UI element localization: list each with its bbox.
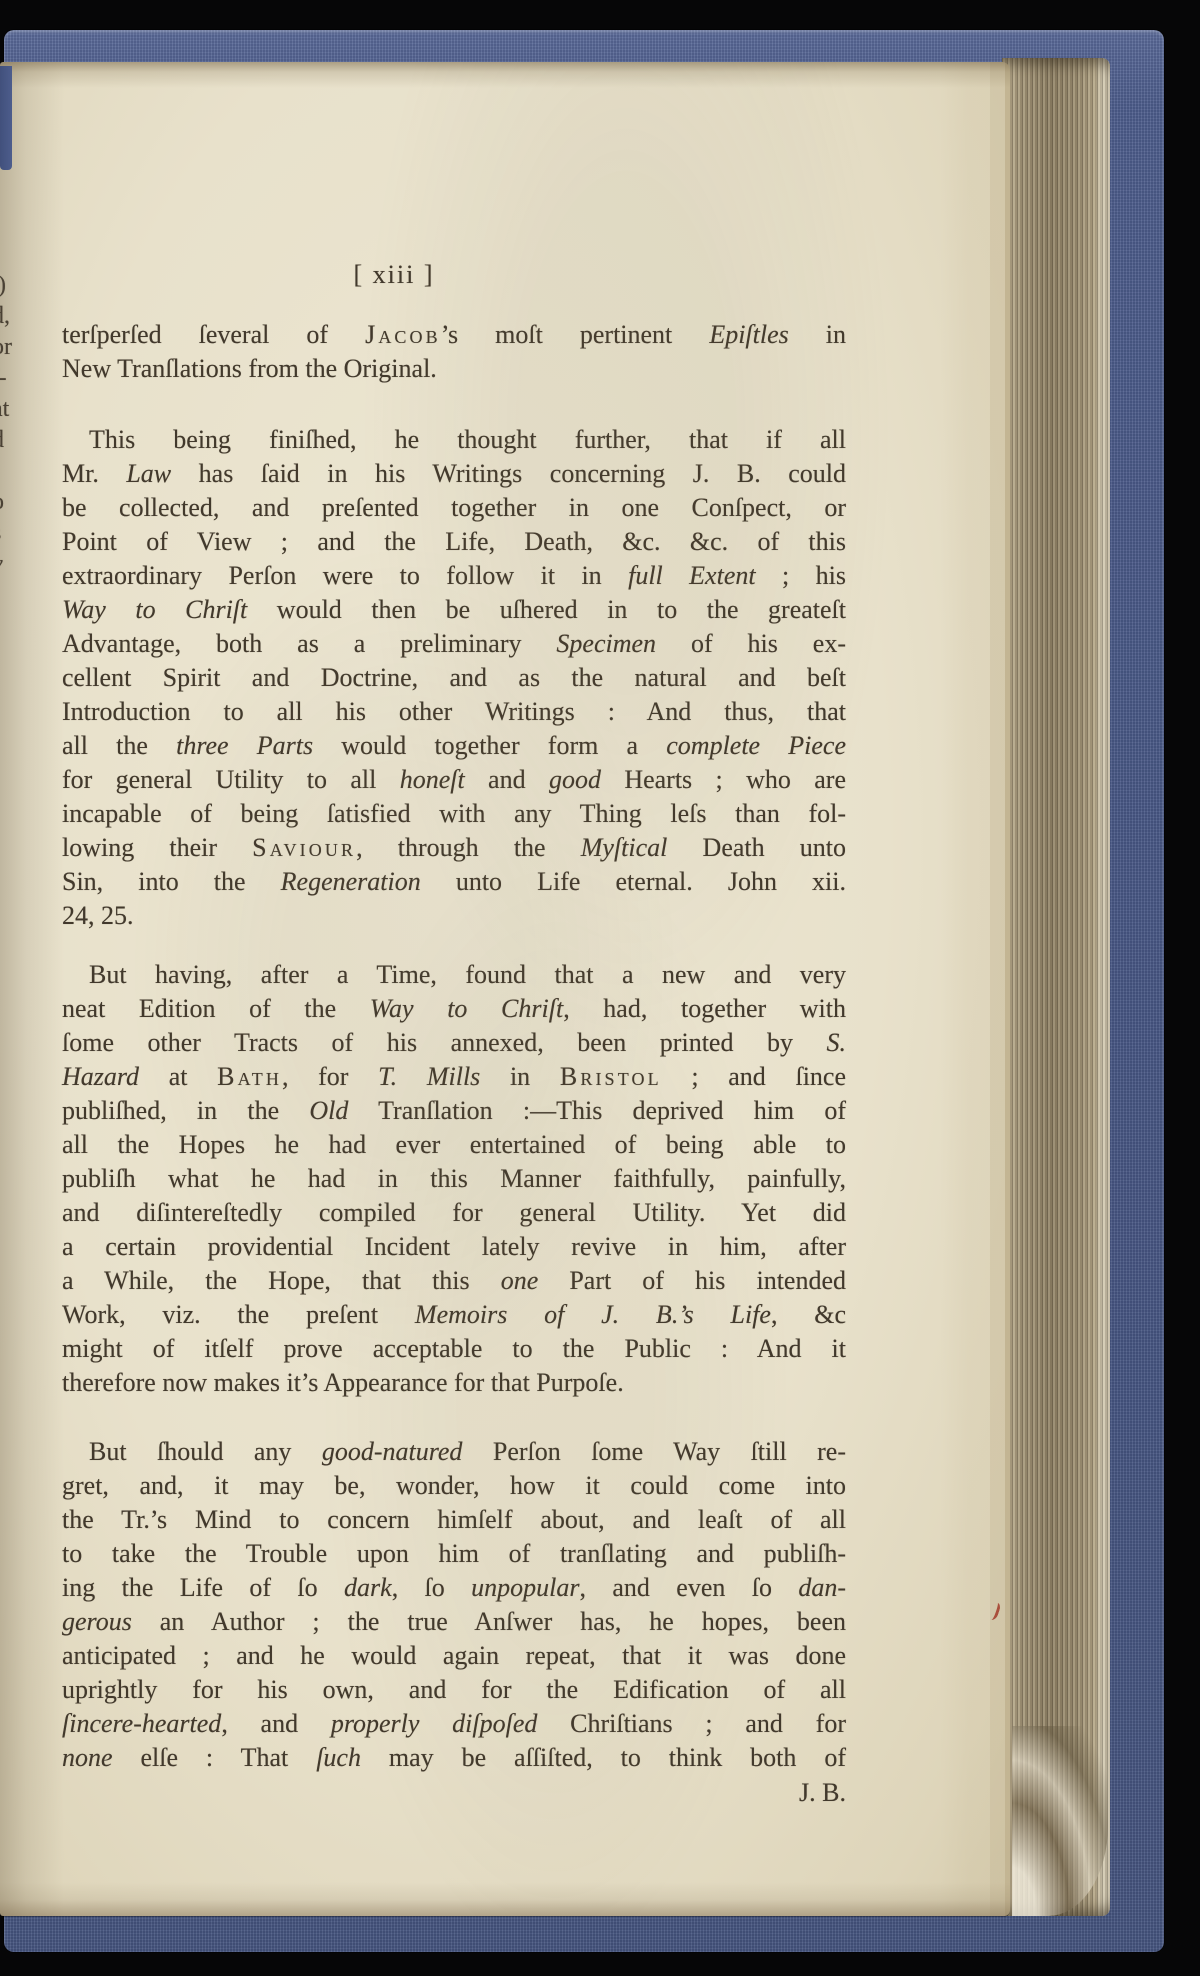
text-line: 24, 25. [62, 899, 846, 933]
text-line: therefore now makes it’s Appearance for … [62, 1366, 846, 1400]
text-line: Advantage, both as a preliminary Specime… [62, 627, 846, 661]
text-line: gerous an Author ; the true Anſwer has, … [62, 1605, 846, 1639]
paragraph: But ſhould any good-natured Perſon ſome … [62, 1435, 846, 1775]
edge-text-fragment: v [0, 551, 18, 578]
edge-text-fragment: t [0, 582, 18, 609]
cover-corner [0, 66, 12, 170]
text-line: ing the Life of ſo dark, ſo unpopular, a… [62, 1571, 846, 1605]
text-line: Sin, into the Regeneration unto Life ete… [62, 865, 846, 899]
text-line: anticipated ; and he would again repeat,… [62, 1639, 846, 1673]
text-line: the Tr.’s Mind to concern himſelf about,… [62, 1503, 846, 1537]
edge-text-fragment: ſ- [0, 365, 18, 392]
edge-text-fragment: o [0, 489, 18, 516]
text-line: extraordinary Perſon were to follow it i… [62, 559, 846, 593]
book-page: .)d,orſ-atd-osvtl [ xiii ] terſperſed ſe… [0, 62, 1010, 1916]
text-line: But ſhould any good-natured Perſon ſome … [62, 1435, 846, 1469]
page-stack-fore-edge [1002, 58, 1110, 1916]
paragraph: But having, after a Time, found that a n… [62, 958, 846, 1400]
edge-text-fragment: at [0, 396, 18, 423]
text-line: Work, viz. the preſent Memoirs of J. B.’… [62, 1298, 846, 1332]
edge-text-fragment: d, [0, 303, 18, 330]
text-line: ſome other Tracts of his annexed, been p… [62, 1026, 846, 1060]
edge-text-fragment: - [0, 458, 18, 485]
text-line: a certain providential Incident lately r… [62, 1230, 846, 1264]
page-number: [ xiii ] [62, 258, 726, 292]
text-line: and diſintereſtedly compiled for general… [62, 1196, 846, 1230]
text-line: none elſe : That ſuch may be aſſiſted, t… [62, 1741, 846, 1775]
text-line: be collected, and preſented together in … [62, 491, 846, 525]
text-line: to take the Trouble upon him of tranſlat… [62, 1537, 846, 1571]
text-line: neat Edition of the Way to Chriſt, had, … [62, 992, 846, 1026]
edge-text-fragment: .) [0, 272, 18, 299]
text-line: gret, and, it may be, wonder, how it cou… [62, 1469, 846, 1503]
text-line: for general Utility to all honeſt and go… [62, 763, 846, 797]
paragraph: This being finiſhed, he thought further,… [62, 423, 846, 933]
text-line: might of itſelf prove acceptable to the … [62, 1332, 846, 1366]
text-line: ſincere-hearted, and properly diſpoſed C… [62, 1707, 846, 1741]
edge-text-fragment: or [0, 334, 18, 361]
text-line: cellent Spirit and Doctrine, and as the … [62, 661, 846, 695]
screenshot-root: { "document": { "kind": "scanned book pa… [0, 0, 1200, 1976]
text-line: uprightly for his own, and for the Edifi… [62, 1673, 846, 1707]
text-line: Hazard at Bath, for T. Mills in Bristol … [62, 1060, 846, 1094]
text-line: Point of View ; and the Life, Death, &c.… [62, 525, 846, 559]
red-ink-mark [985, 1601, 1001, 1622]
text-line: a While, the Hope, that this one Part of… [62, 1264, 846, 1298]
text-line: Mr. Law has ſaid in his Writings concern… [62, 457, 846, 491]
catchword-signature: J. B. [62, 1776, 846, 1810]
edge-text-fragment: d [0, 427, 18, 454]
text-line: publiſh what he had in this Manner faith… [62, 1162, 846, 1196]
text-line: lowing their Saviour, through the Myſtic… [62, 831, 846, 865]
text-line: But having, after a Time, found that a n… [62, 958, 846, 992]
text-line: all the three Parts would together form … [62, 729, 846, 763]
edge-text-fragment: s [0, 520, 18, 547]
text-line: all the Hopes he had ever entertained of… [62, 1128, 846, 1162]
text-line: publiſhed, in the Old Tranſlation :—This… [62, 1094, 846, 1128]
body-text: terſperſed ſeveral of Jacob’s moſt perti… [62, 318, 846, 1775]
paragraph: terſperſed ſeveral of Jacob’s moſt perti… [62, 318, 846, 386]
text-line: This being finiſhed, he thought further,… [62, 423, 846, 457]
text-line: incapable of being ſatisfied with any Th… [62, 797, 846, 831]
text-line: Way to Chriſt would then be uſhered in t… [62, 593, 846, 627]
text-line: terſperſed ſeveral of Jacob’s moſt perti… [62, 318, 846, 352]
text-line: Introduction to all his other Writings :… [62, 695, 846, 729]
page-curl [1012, 1726, 1108, 1916]
text-column: [ xiii ] terſperſed ſeveral of Jacob’s m… [62, 258, 846, 1810]
text-line: New Tranſlations from the Original. [62, 352, 846, 386]
edge-text-fragment: l [0, 613, 18, 640]
